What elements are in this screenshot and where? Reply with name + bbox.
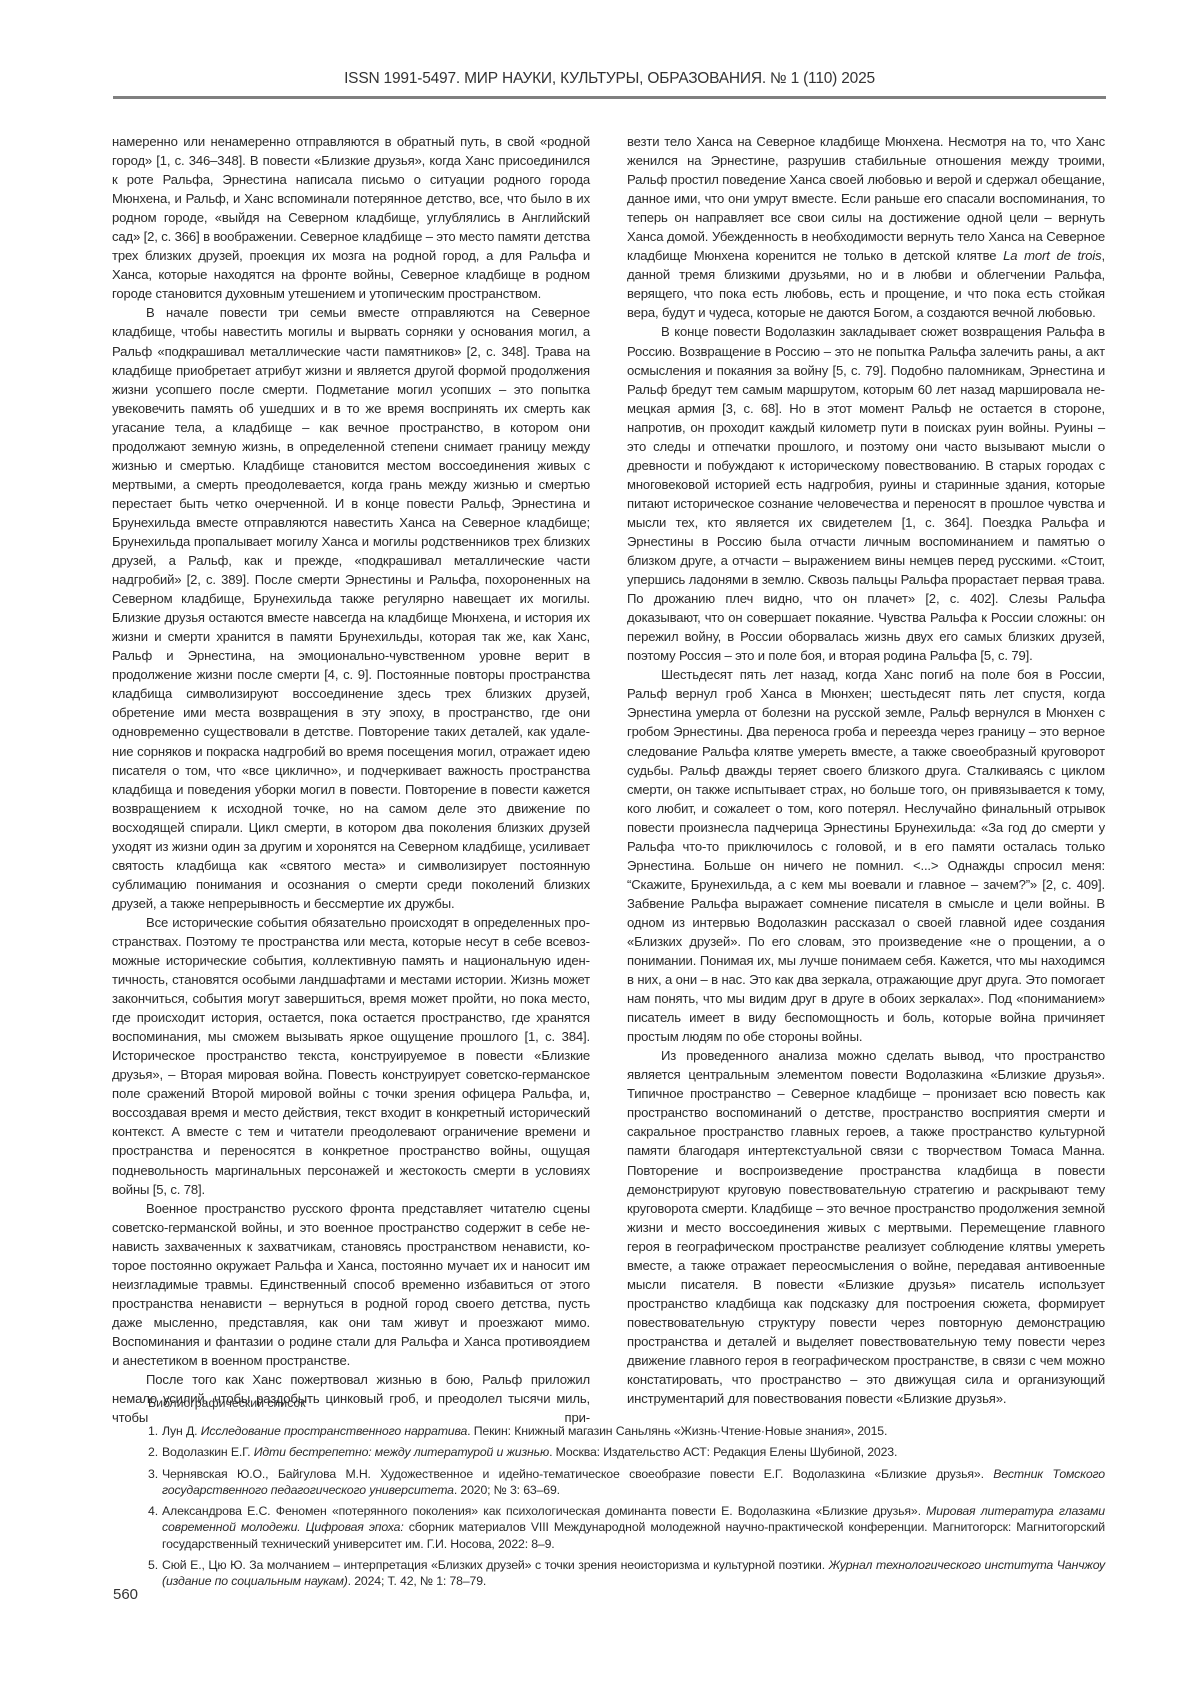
bibliography-item: 4.Александрова Е.С. Феномен «потерянного…	[130, 1503, 1105, 1552]
item-rest: . 2020; № 3: 63–69.	[454, 1483, 560, 1497]
bibliography-list: 1.Лун Д. Исследование пространственного …	[130, 1423, 1105, 1595]
paragraph: Из проведенного анализа можно сделать вы…	[627, 1046, 1105, 1408]
right-column: везти тело Ханса на Северное кладбище Мю…	[627, 132, 1105, 1408]
item-number: 2.	[148, 1444, 162, 1460]
paragraph-text: везти тело Ханса на Северное кладбище Мю…	[627, 134, 1105, 263]
paragraph: Все исторические события обязательно про…	[112, 913, 590, 1199]
page-number: 560	[113, 1586, 138, 1603]
bibliography-item: 1.Лун Д. Исследование пространственного …	[130, 1423, 1105, 1439]
paragraph: намеренно или ненамеренно отправляются в…	[112, 132, 590, 303]
item-title: Исследование пространственного нарратива	[201, 1424, 467, 1438]
item-authors: Водолазкин Е.Г.	[162, 1445, 254, 1459]
item-authors: Сюй Е., Цю Ю. За молчанием – интерпретац…	[162, 1558, 829, 1572]
paragraph: везти тело Ханса на Северное кладбище Мю…	[627, 132, 1105, 322]
running-header: ISSN 1991-5497. МИР НАУКИ, КУЛЬТУРЫ, ОБР…	[113, 70, 1106, 88]
bibliography-item: 3.Чернявская Ю.О., Байгулова М.Н. Художе…	[130, 1466, 1105, 1499]
bibliography-title: Библиографический список	[148, 1396, 306, 1410]
item-rest: . Пекин: Книжный магазин Саньлянь «Жизнь…	[467, 1424, 887, 1438]
paragraph: В начале повести три семьи вместе отправ…	[112, 303, 590, 913]
item-number: 5.	[148, 1557, 162, 1573]
italic-phrase: La mort de trois	[1003, 248, 1101, 263]
item-rest: . 2024; Т. 42, № 1: 78–79.	[348, 1574, 487, 1588]
item-authors: Лун Д.	[162, 1424, 201, 1438]
bibliography-item: 2.Водолазкин Е.Г. Идти бестрепетно: межд…	[130, 1444, 1105, 1460]
item-authors: Чернявская Ю.О., Байгулова М.Н. Художест…	[162, 1467, 993, 1481]
item-title: Идти бестрепетно: между литературой и жи…	[254, 1445, 549, 1459]
paragraph: Военное пространство русского фронта пре…	[112, 1199, 590, 1370]
header-rule	[113, 96, 1106, 99]
item-number: 4.	[148, 1503, 162, 1519]
item-number: 3.	[148, 1466, 162, 1482]
item-number: 1.	[148, 1423, 162, 1439]
paragraph: В конце повести Водолазкин закладывает с…	[627, 322, 1105, 665]
bibliography-item: 5.Сюй Е., Цю Ю. За молчанием – интерпрет…	[130, 1557, 1105, 1590]
paragraph: Шестьдесят пять лет назад, когда Ханс по…	[627, 665, 1105, 1046]
left-column: намеренно или ненамеренно отправляются в…	[112, 132, 590, 1427]
item-authors: Александрова Е.С. Феномен «потерянного п…	[162, 1504, 926, 1518]
item-rest: . Москва: Издательство АСТ: Редакция Еле…	[549, 1445, 897, 1459]
